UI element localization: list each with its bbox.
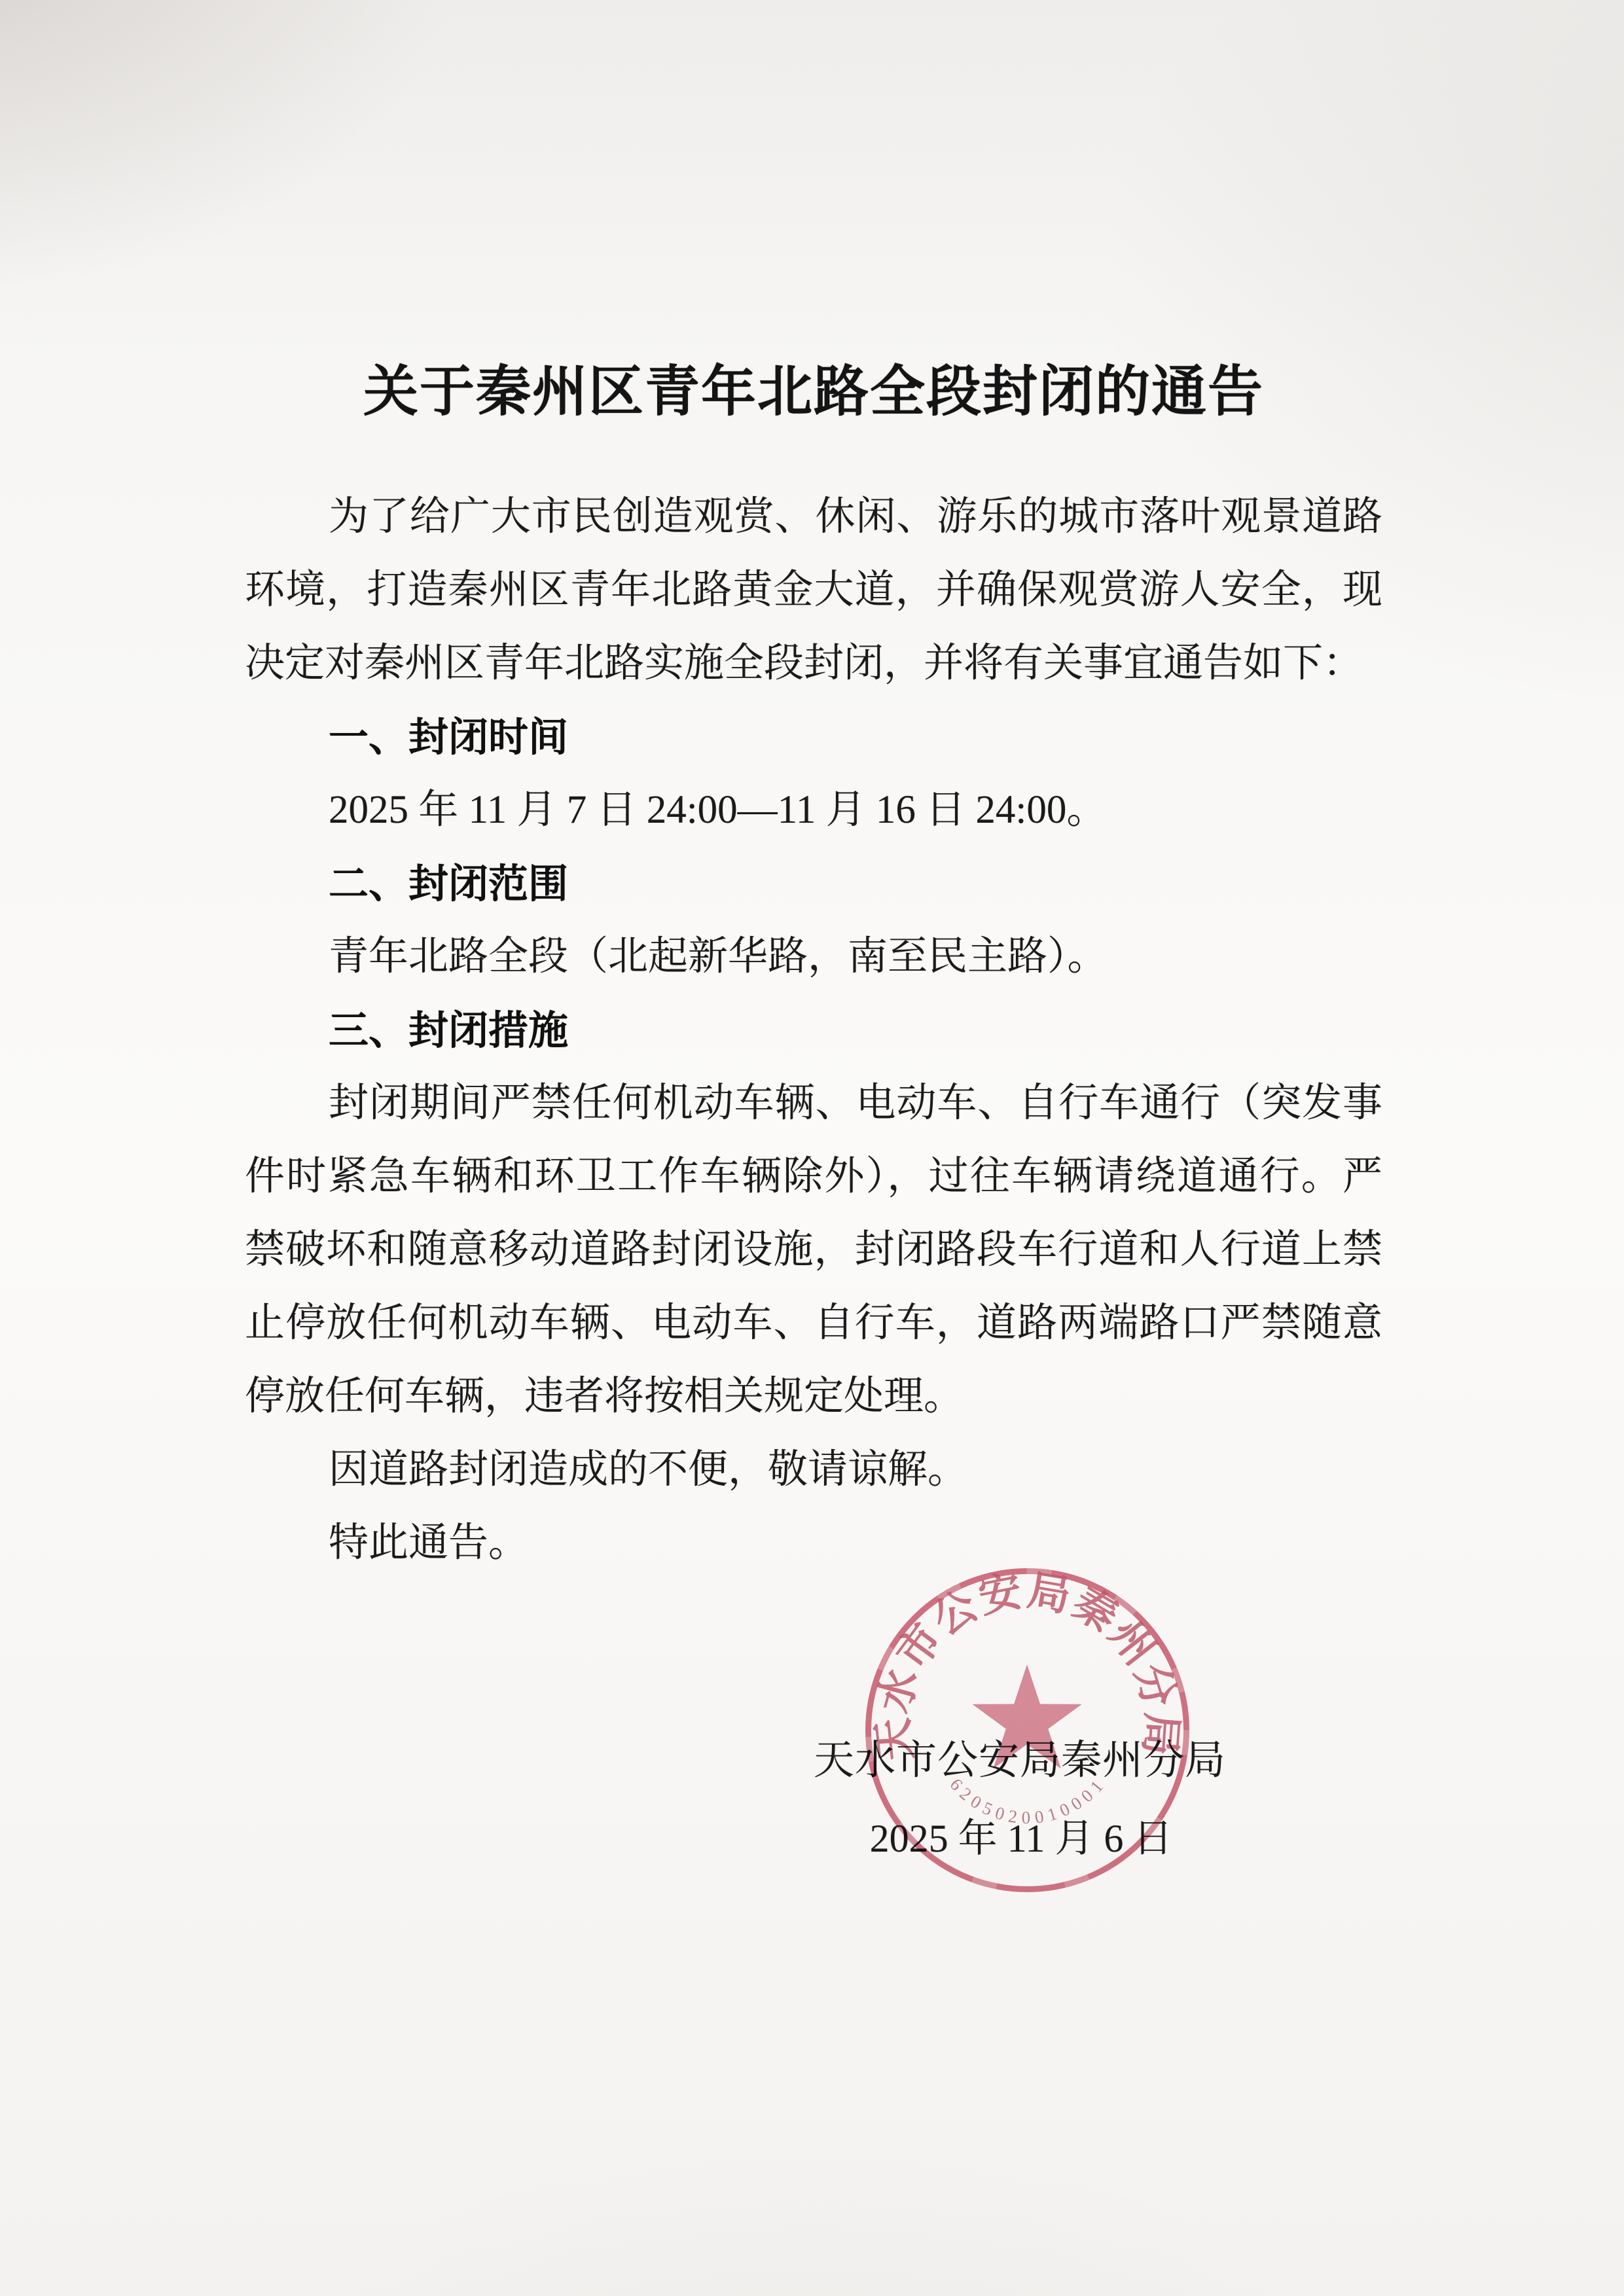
closure-scope-line: 青年北路全段（北起新华路，南至民主路）。 [245,920,1382,994]
closing-line: 特此通告。 [245,1507,1382,1580]
intro-line-3: 决定对秦州区青年北路实施全段封闭，并将有关事宜通告如下： [245,627,1382,700]
closure-time-line: 2025 年 11 月 7 日 24:00—11 月 16 日 24:00。 [245,774,1382,847]
measures-line-2: 件时紧急车辆和环卫工作车辆除外），过往车辆请绕道通行。严 [245,1140,1382,1213]
notice-content: 关于秦州区青年北路全段封闭的通告 为了给广大市民创造观赏、休闲、游乐的城市落叶观… [245,359,1382,1580]
apology-line: 因道路封闭造成的不便，敬请谅解。 [245,1433,1382,1507]
intro-line-2: 环境，打造秦州区青年北路黄金大道，并确保观赏游人安全，现 [245,554,1382,627]
section-2-heading: 二、封闭范围 [245,847,1382,920]
measures-line-1: 封闭期间严禁任何机动车辆、电动车、自行车通行（突发事 [245,1067,1382,1140]
notice-page: 关于秦州区青年北路全段封闭的通告 为了给广大市民创造观赏、休闲、游乐的城市落叶观… [0,0,1624,2296]
intro-line-1: 为了给广大市民创造观赏、休闲、游乐的城市落叶观景道路 [245,480,1382,554]
measures-line-4: 止停放任何机动车辆、电动车、自行车，道路两端路口严禁随意 [245,1287,1382,1360]
stamp-code: 6205020010001 [946,1773,1110,1828]
notice-title: 关于秦州区青年北路全段封闭的通告 [245,359,1382,427]
section-3-heading: 三、封闭措施 [245,994,1382,1067]
official-stamp: 天水市公安局秦州分局 6205020010001 [859,1562,1196,1899]
section-1-heading: 一、封闭时间 [245,700,1382,774]
measures-line-3: 禁破坏和随意移动道路封闭设施，封闭路段车行道和人行道上禁 [245,1213,1382,1287]
measures-line-5: 停放任何车辆，违者将按相关规定处理。 [245,1360,1382,1433]
star-icon [972,1664,1081,1768]
